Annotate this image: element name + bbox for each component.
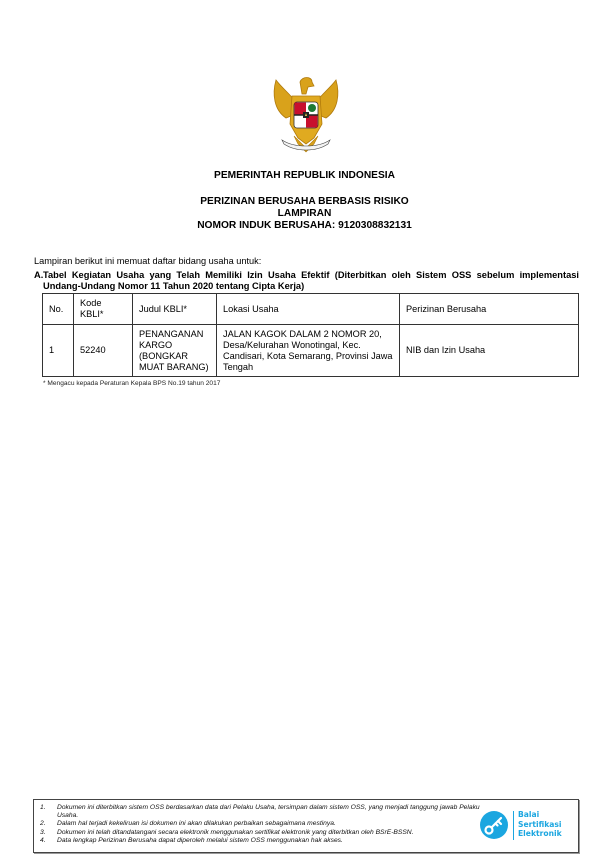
document-subtitle: LAMPIRAN bbox=[0, 208, 609, 220]
intro-text: Lampiran berikut ini memuat daftar bidan… bbox=[34, 256, 261, 266]
cell-perizinan: NIB dan Izin Usaha bbox=[400, 325, 579, 377]
cell-lokasi: JALAN KAGOK DALAM 2 NOMOR 20, Desa/Kelur… bbox=[217, 325, 400, 377]
logo-divider bbox=[513, 811, 514, 840]
header-judul-kbli: Judul KBLI* bbox=[133, 294, 217, 325]
header-kode-kbli: Kode KBLI* bbox=[74, 294, 133, 325]
cell-no: 1 bbox=[43, 325, 74, 377]
cell-judul: PENANGANAN KARGO (BONGKAR MUAT BARANG) bbox=[133, 325, 217, 377]
note-text: Dokumen ini diterbitkan sistem OSS berda… bbox=[57, 804, 480, 819]
note-text: Data lengkap Perizinan Berusaha dapat di… bbox=[57, 837, 343, 844]
logo-line1: Balai bbox=[518, 810, 562, 820]
document-title: PERIZINAN BERUSAHA BERBASIS RISIKO bbox=[0, 196, 609, 208]
note-number: 4. bbox=[40, 837, 46, 845]
header-perizinan: Perizinan Berusaha bbox=[400, 294, 579, 325]
note-number: 1. bbox=[40, 804, 46, 812]
section-heading-line1: Tabel Kegiatan Usaha yang Telah Memiliki… bbox=[43, 270, 579, 281]
table-row: 1 52240 PENANGANAN KARGO (BONGKAR MUAT B… bbox=[43, 325, 579, 377]
footer-note: 1.Dokumen ini diterbitkan sistem OSS ber… bbox=[40, 804, 490, 820]
table-header-row: No. Kode KBLI* Judul KBLI* Lokasi Usaha … bbox=[43, 294, 579, 325]
bsre-logo-text: Balai Sertifikasi Elektronik bbox=[518, 810, 562, 839]
garuda-emblem-icon bbox=[268, 74, 344, 156]
header-no: No. bbox=[43, 294, 74, 325]
note-number: 3. bbox=[40, 829, 46, 837]
section-a-heading: A. Tabel Kegiatan Usaha yang Telah Memil… bbox=[34, 270, 579, 292]
government-title: PEMERINTAH REPUBLIK INDONESIA bbox=[0, 170, 609, 182]
nib-number: NOMOR INDUK BERUSAHA: 9120308832131 bbox=[0, 220, 609, 232]
logo-line2: Sertifikasi bbox=[518, 820, 562, 830]
header-lokasi-usaha: Lokasi Usaha bbox=[217, 294, 400, 325]
cell-kode: 52240 bbox=[74, 325, 133, 377]
footer-note: 2.Dalam hal terjadi kekeliruan isi dokum… bbox=[40, 820, 490, 828]
footer-note: 4.Data lengkap Perizinan Berusaha dapat … bbox=[40, 837, 490, 845]
logo-line3: Elektronik bbox=[518, 829, 562, 839]
bsre-logo: Balai Sertifikasi Elektronik bbox=[480, 809, 564, 845]
footer-note: 3.Dokumen ini telah ditandatangani secar… bbox=[40, 829, 490, 837]
section-label: A. bbox=[34, 270, 43, 281]
note-text: Dalam hal terjadi kekeliruan isi dokumen… bbox=[57, 820, 336, 827]
note-number: 2. bbox=[40, 820, 46, 828]
footer-notes-box: 1.Dokumen ini diterbitkan sistem OSS ber… bbox=[33, 799, 579, 853]
kbli-table: No. Kode KBLI* Judul KBLI* Lokasi Usaha … bbox=[42, 293, 579, 377]
footer-notes-list: 1.Dokumen ini diterbitkan sistem OSS ber… bbox=[40, 804, 490, 845]
section-heading-line2: Undang-Undang Nomor 11 Tahun 2020 tentan… bbox=[43, 281, 579, 292]
table-footnote: * Mengacu kepada Peraturan Kepala BPS No… bbox=[43, 380, 220, 387]
note-text: Dokumen ini telah ditandatangani secara … bbox=[57, 829, 414, 836]
bsre-key-icon bbox=[480, 811, 508, 839]
